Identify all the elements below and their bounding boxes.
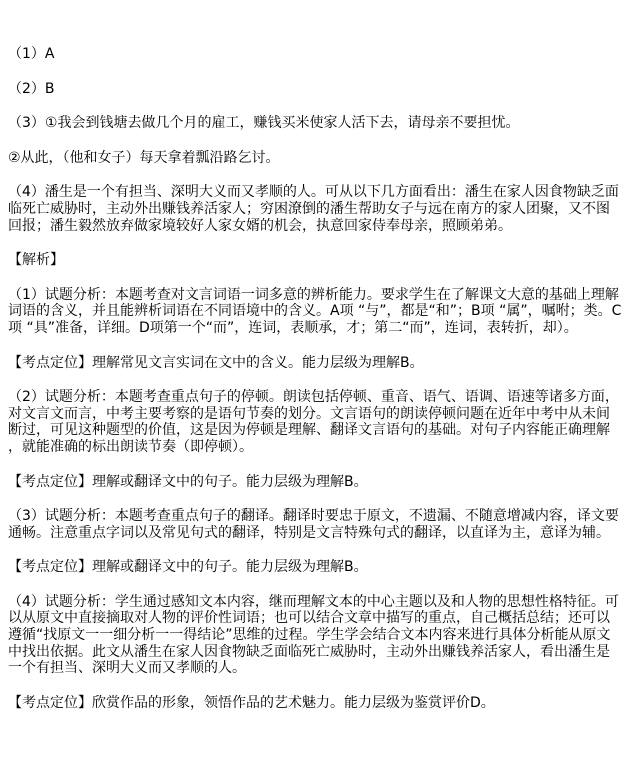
analysis-q2: （2）试题分析：本题考查重点句子的停顿。朗读包括停顿、重音、语气、语调、语速等诸… [8, 389, 623, 455]
exam-point-q2: 【考点定位】理解或翻译文中的句子。能力层级为理解B。 [8, 474, 623, 491]
analysis-q4: （4）试题分析：学生通过感知文本内容，继而理解文本的中心主题以及和人物的思想性格… [8, 594, 623, 677]
exam-point-q4: 【考点定位】欣赏作品的形象，领悟作品的艺术魅力。能力层级为鉴赏评价D。 [8, 695, 623, 712]
answer-q3-translation-2: ②从此，（他和女子）每天拿着瓢沿路乞讨。 [8, 150, 623, 167]
exam-point-q3: 【考点定位】理解或翻译文中的句子。能力层级为理解B。 [8, 559, 623, 576]
exam-point-q1: 【考点定位】理解常见文言实词在文中的含义。能力层级为理解B。 [8, 355, 623, 372]
answer-q1: （1）A [8, 46, 623, 63]
analysis-q3: （3）试题分析：本题考查重点句子的翻译。翻译时要忠于原文，不遗漏、不随意增减内容… [8, 508, 623, 541]
document-page: （1）A （2）B （3）①我会到钱塘去做几个月的雇工，赚钱买米使家人活下去，请… [0, 0, 630, 777]
answer-q4: （4）潘生是一个有担当、深明大义而又孝顺的人。可从以下几方面看出：潘生在家人因食… [8, 184, 623, 234]
analysis-q1: （1）试题分析：本题考查对文言词语一词多意的辨析能力。要求学生在了解课文大意的基… [8, 287, 623, 337]
analysis-section-heading: 【解析】 [8, 252, 623, 269]
answer-q2: （2）B [8, 81, 623, 98]
answer-q3-translation-1: （3）①我会到钱塘去做几个月的雇工，赚钱买米使家人活下去，请母亲不要担忧。 [8, 115, 623, 132]
